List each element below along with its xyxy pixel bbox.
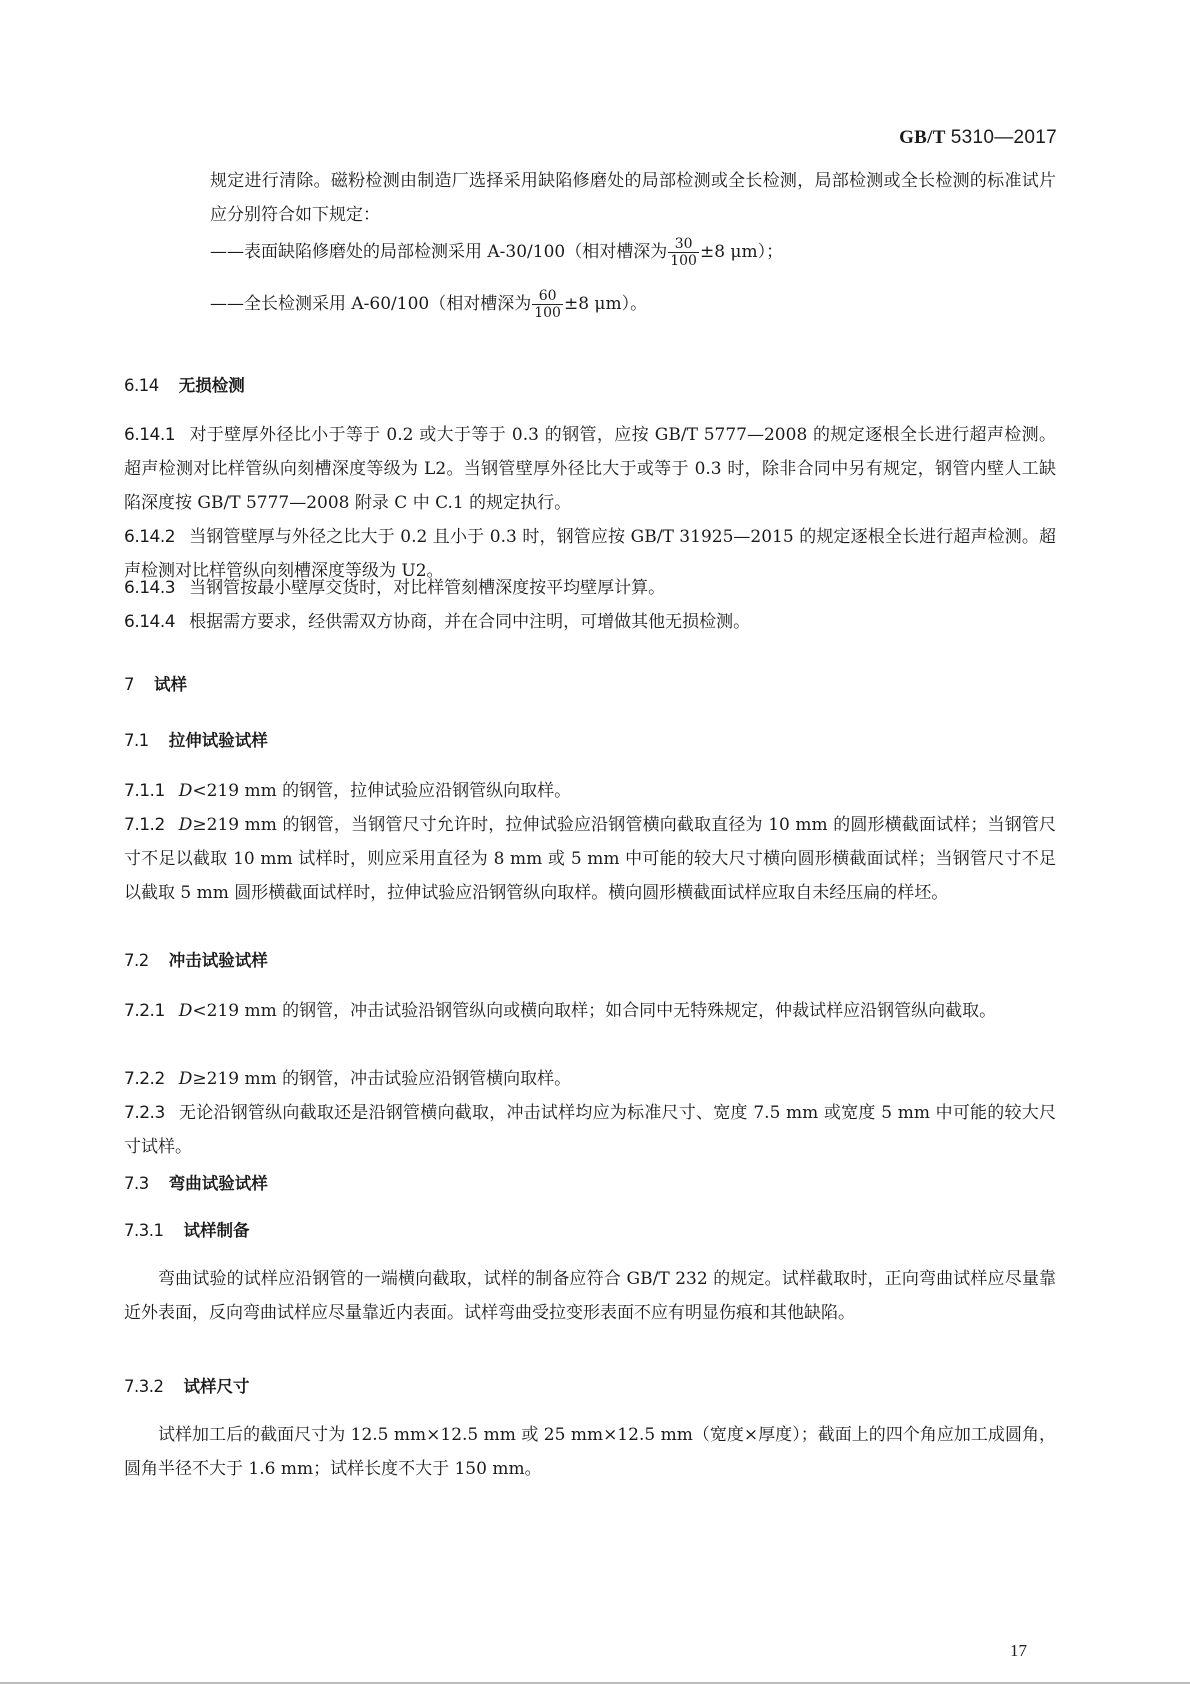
- clause-6-14-1: 6.14.1对于壁厚外径比小于等于 0.2 或大于等于 0.3 的钢管，应按 G…: [124, 418, 1056, 520]
- fraction-numerator: 30: [668, 236, 699, 253]
- clause-text: 当钢管按最小壁厚交货时，对比样管刻槽深度按平均壁厚计算。: [189, 578, 665, 598]
- variable-d: D: [179, 815, 193, 835]
- clause-6-14-4: 6.14.4根据需方要求，经供需双方协商，并在合同中注明，可增做其他无损检测。: [124, 605, 1056, 639]
- clause-number: 7.1.1: [124, 781, 165, 801]
- clause-text: ≥219 mm 的钢管，当钢管尺寸允许时，拉伸试验应沿钢管横向截取直径为 10 …: [124, 815, 1056, 903]
- clause-7-1-2: 7.1.2D≥219 mm 的钢管，当钢管尺寸允许时，拉伸试验应沿钢管横向截取直…: [124, 808, 1056, 910]
- list-item: ——表面缺陷修磨处的局部检测采用 A-30/100（相对槽深为30100±8 μ…: [210, 235, 783, 269]
- heading-title: 弯曲试验试样: [169, 1174, 268, 1193]
- fraction-denominator: 100: [532, 305, 563, 321]
- fraction: 30100: [668, 236, 699, 269]
- clause-number: 7.2.1: [124, 1001, 165, 1021]
- clause-7-2-1: 7.2.1D<219 mm 的钢管，冲击试验沿钢管纵向或横向取样；如合同中无特殊…: [124, 994, 1056, 1028]
- section-heading-7-3: 7.3弯曲试验试样: [124, 1167, 1056, 1201]
- clause-7-1-1: 7.1.1D<219 mm 的钢管，拉伸试验应沿钢管纵向取样。: [124, 774, 1056, 808]
- variable-d: D: [179, 781, 193, 801]
- continuation-paragraph: 规定进行清除。磁粉检测由制造厂选择采用缺陷修磨处的局部检测或全长检测，局部检测或…: [210, 164, 1056, 232]
- paragraph-7-3-2: 试样加工后的截面尺寸为 12.5 mm×12.5 mm 或 25 mm×12.5…: [124, 1418, 1056, 1486]
- section-heading-7-2: 7.2冲击试验试样: [124, 944, 1056, 978]
- clause-text: 根据需方要求，经供需双方协商，并在合同中注明，可增做其他无损检测。: [189, 612, 750, 632]
- document-page: GB/T 5310—2017 规定进行清除。磁粉检测由制造厂选择采用缺陷修磨处的…: [0, 0, 1190, 1684]
- clause-number: 6.14.2: [124, 527, 175, 547]
- heading-title: 试样: [154, 675, 187, 694]
- fraction-denominator: 100: [668, 253, 699, 269]
- clause-text: <219 mm 的钢管，拉伸试验应沿钢管纵向取样。: [192, 781, 571, 801]
- clause-number: 7.2.3: [124, 1103, 165, 1123]
- heading-number: 7.2: [124, 951, 149, 970]
- clause-number: 6.14.4: [124, 612, 175, 632]
- list-item-prefix: ——表面缺陷修磨处的局部检测采用 A-30/100（相对槽深为: [210, 242, 667, 262]
- heading-title: 试样尺寸: [183, 1377, 249, 1396]
- clause-number: 7.1.2: [124, 815, 165, 835]
- heading-number: 7: [124, 675, 134, 694]
- heading-number: 7.3: [124, 1174, 149, 1193]
- clause-number: 7.2.2: [124, 1069, 165, 1089]
- heading-number: 7.3.1: [124, 1221, 163, 1240]
- standard-code: GB/T 5310—2017: [899, 127, 1057, 149]
- clause-text: <219 mm 的钢管，冲击试验沿钢管纵向或横向取样；如合同中无特殊规定，仲裁试…: [192, 1001, 996, 1021]
- list-item-suffix: ±8 μm）；: [700, 242, 783, 262]
- clause-7-2-2: 7.2.2D≥219 mm 的钢管，冲击试验应沿钢管横向取样。: [124, 1062, 1056, 1096]
- heading-number: 6.14: [124, 376, 159, 395]
- heading-title: 冲击试验试样: [169, 951, 268, 970]
- clause-number: 6.14.3: [124, 578, 175, 598]
- list-item-prefix: ——全长检测采用 A-60/100（相对槽深为: [210, 294, 531, 314]
- list-item: ——全长检测采用 A-60/100（相对槽深为60100±8 μm）。: [210, 287, 647, 321]
- heading-number: 7.3.2: [124, 1377, 163, 1396]
- variable-d: D: [179, 1001, 193, 1021]
- clause-6-14-3: 6.14.3当钢管按最小壁厚交货时，对比样管刻槽深度按平均壁厚计算。: [124, 571, 1056, 605]
- heading-title: 试样制备: [183, 1221, 249, 1240]
- paragraph-7-3-1: 弯曲试验的试样应沿钢管的一端横向截取，试样的制备应符合 GB/T 232 的规定…: [124, 1262, 1056, 1330]
- clause-number: 6.14.1: [124, 425, 175, 445]
- section-heading-7-3-2: 7.3.2试样尺寸: [124, 1370, 1056, 1404]
- standard-prefix: GB/T: [899, 127, 946, 148]
- heading-number: 7.1: [124, 731, 149, 750]
- clause-text: ≥219 mm 的钢管，冲击试验应沿钢管横向取样。: [192, 1069, 571, 1089]
- fraction-numerator: 60: [532, 288, 563, 305]
- page-number: 17: [1010, 1641, 1027, 1661]
- list-item-suffix: ±8 μm）。: [564, 294, 647, 314]
- clause-text: 对于壁厚外径比小于等于 0.2 或大于等于 0.3 的钢管，应按 GB/T 57…: [124, 425, 1056, 513]
- heading-title: 拉伸试验试样: [169, 731, 268, 750]
- variable-d: D: [179, 1069, 193, 1089]
- heading-title: 无损检测: [179, 376, 245, 395]
- standard-number: 5310—2017: [951, 127, 1057, 148]
- section-heading-7: 7试样: [124, 668, 1056, 702]
- section-heading-7-1: 7.1拉伸试验试样: [124, 724, 1056, 758]
- section-heading-7-3-1: 7.3.1试样制备: [124, 1214, 1056, 1248]
- section-heading-6-14: 6.14无损检测: [124, 369, 1056, 403]
- fraction: 60100: [532, 288, 563, 321]
- clause-text: 无论沿钢管纵向截取还是沿钢管横向截取，冲击试样均应为标准尺寸、宽度 7.5 mm…: [124, 1103, 1056, 1157]
- clause-7-2-3: 7.2.3无论沿钢管纵向截取还是沿钢管横向截取，冲击试样均应为标准尺寸、宽度 7…: [124, 1096, 1056, 1164]
